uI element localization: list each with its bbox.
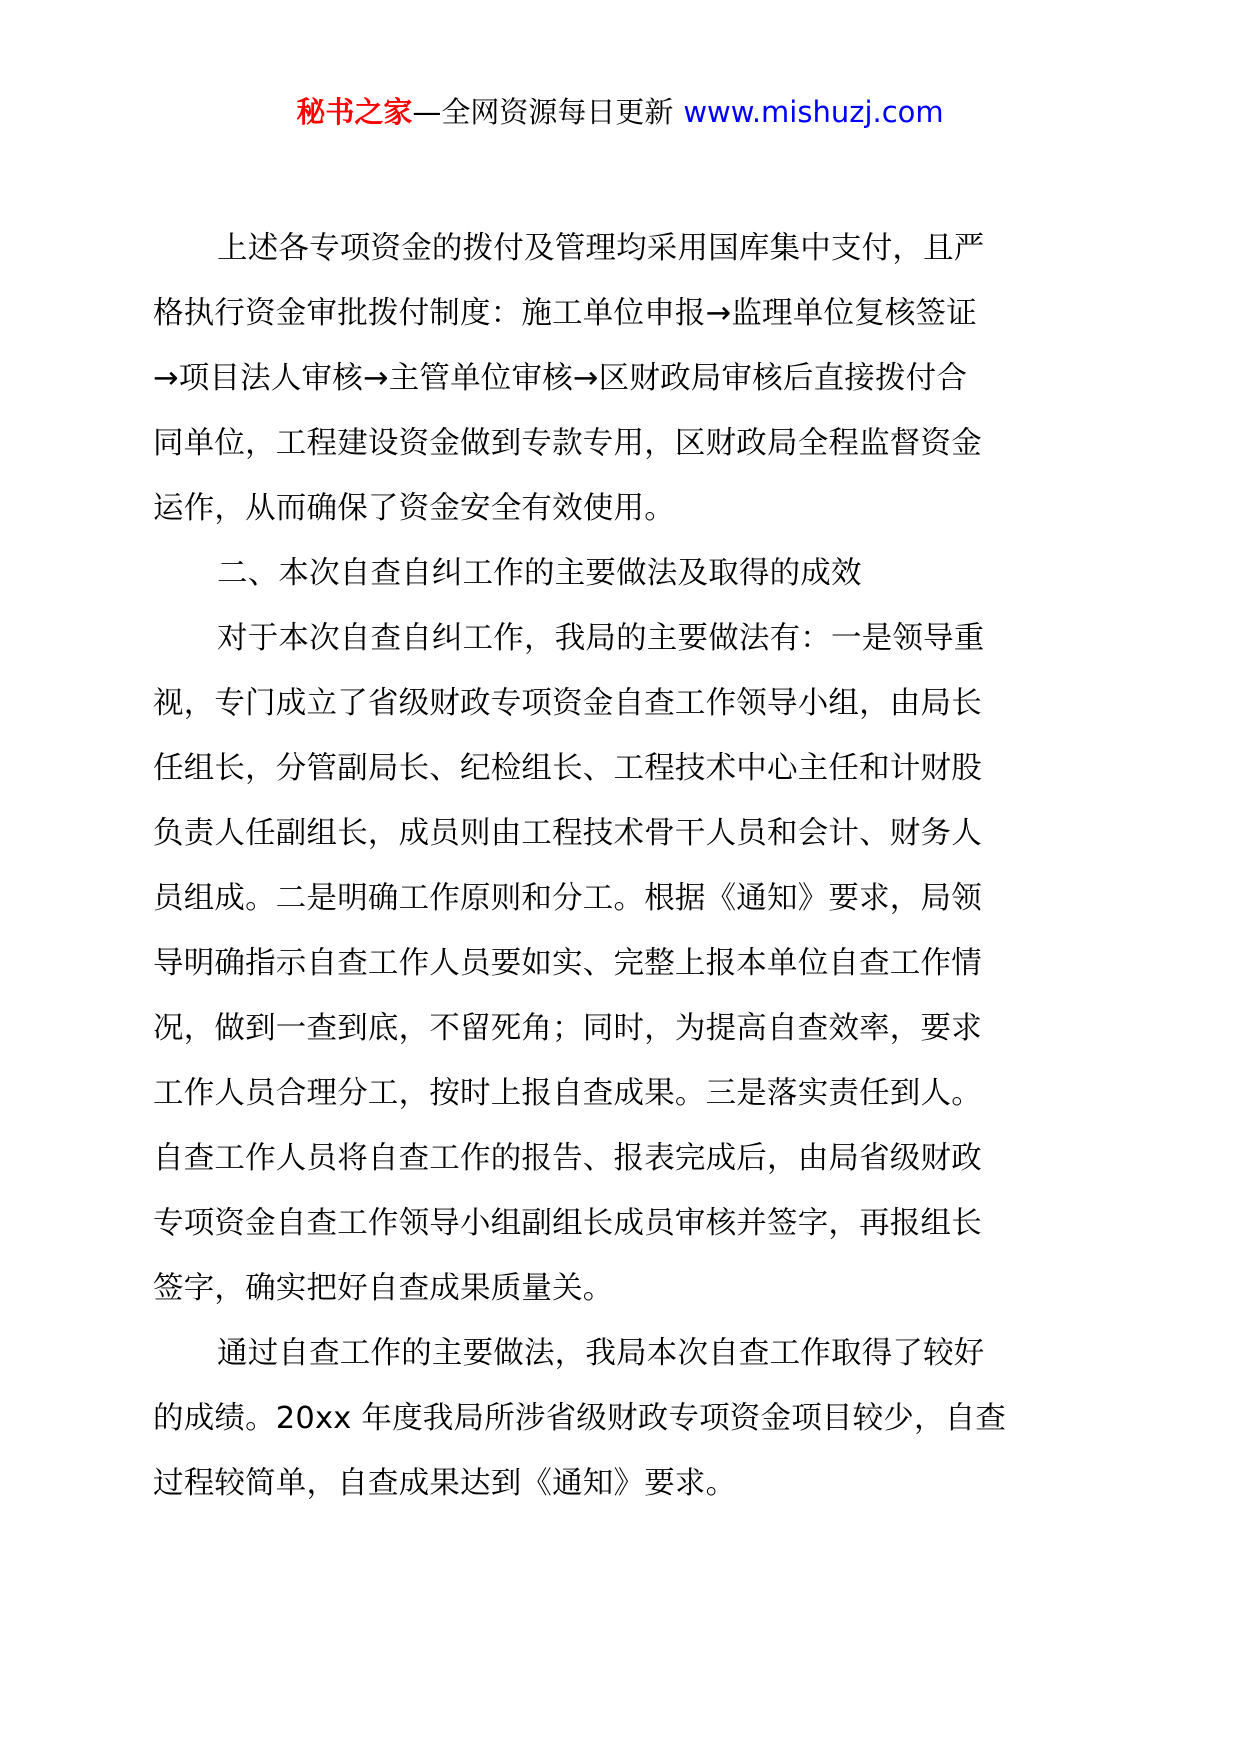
page-header: 秘书之家—全网资源每日更新www.mishuzj.com — [0, 92, 1240, 132]
text-line: 工作人员合理分工，按时上报自查成果。三是落实责任到人。 — [153, 1061, 1088, 1126]
text-line: 专项资金自查工作领导小组副组长成员审核并签字，再报组长 — [153, 1191, 1088, 1256]
text-line: 任组长，分管副局长、纪检组长、工程技术中心主任和计财股 — [153, 736, 1088, 801]
text-line: 格执行资金审批拨付制度：施工单位申报→监理单位复核签证 — [153, 281, 1088, 346]
paragraph-funds-disbursement: 上述各专项资金的拨付及管理均采用国库集中支付，且严 格执行资金审批拨付制度：施工… — [153, 216, 1088, 541]
text-line: 签字，确实把好自查成果质量关。 — [153, 1256, 1088, 1321]
website-link[interactable]: www.mishuzj.com — [683, 95, 943, 129]
text-line: 对于本次自查自纠工作，我局的主要做法有：一是领导重 — [153, 606, 1088, 671]
heading-text: 二、本次自查自纠工作的主要做法及取得的成效 — [153, 541, 1088, 606]
paragraph-main-practices: 对于本次自查自纠工作，我局的主要做法有：一是领导重 视，专门成立了省级财政专项资… — [153, 606, 1088, 1321]
text-line: 上述各专项资金的拨付及管理均采用国库集中支付，且严 — [153, 216, 1088, 281]
text-line: 过程较简单，自查成果达到《通知》要求。 — [153, 1451, 1088, 1516]
text-line: 视，专门成立了省级财政专项资金自查工作领导小组，由局长 — [153, 671, 1088, 736]
text-line: 员组成。二是明确工作原则和分工。根据《通知》要求，局领 — [153, 866, 1088, 931]
text-line: →项目法人审核→主管单位审核→区财政局审核后直接拨付合 — [153, 346, 1088, 411]
text-line: 同单位，工程建设资金做到专款专用，区财政局全程监督资金 — [153, 411, 1088, 476]
text-line: 运作，从而确保了资金安全有效使用。 — [153, 476, 1088, 541]
header-tagline: —全网资源每日更新 — [412, 95, 673, 129]
paragraph-results: 通过自查工作的主要做法，我局本次自查工作取得了较好 的成绩。20xx 年度我局所… — [153, 1321, 1088, 1516]
text-line: 自查工作人员将自查工作的报告、报表完成后，由局省级财政 — [153, 1126, 1088, 1191]
section-heading: 二、本次自查自纠工作的主要做法及取得的成效 — [153, 541, 1088, 606]
text-line: 的成绩。20xx 年度我局所涉省级财政专项资金项目较少，自查 — [153, 1386, 1088, 1451]
brand-name: 秘书之家 — [296, 95, 412, 129]
document-body: 上述各专项资金的拨付及管理均采用国库集中支付，且严 格执行资金审批拨付制度：施工… — [153, 216, 1088, 1516]
text-line: 通过自查工作的主要做法，我局本次自查工作取得了较好 — [153, 1321, 1088, 1386]
text-line: 况，做到一查到底，不留死角；同时，为提高自查效率，要求 — [153, 996, 1088, 1061]
text-line: 负责人任副组长，成员则由工程技术骨干人员和会计、财务人 — [153, 801, 1088, 866]
text-line: 导明确指示自查工作人员要如实、完整上报本单位自查工作情 — [153, 931, 1088, 996]
